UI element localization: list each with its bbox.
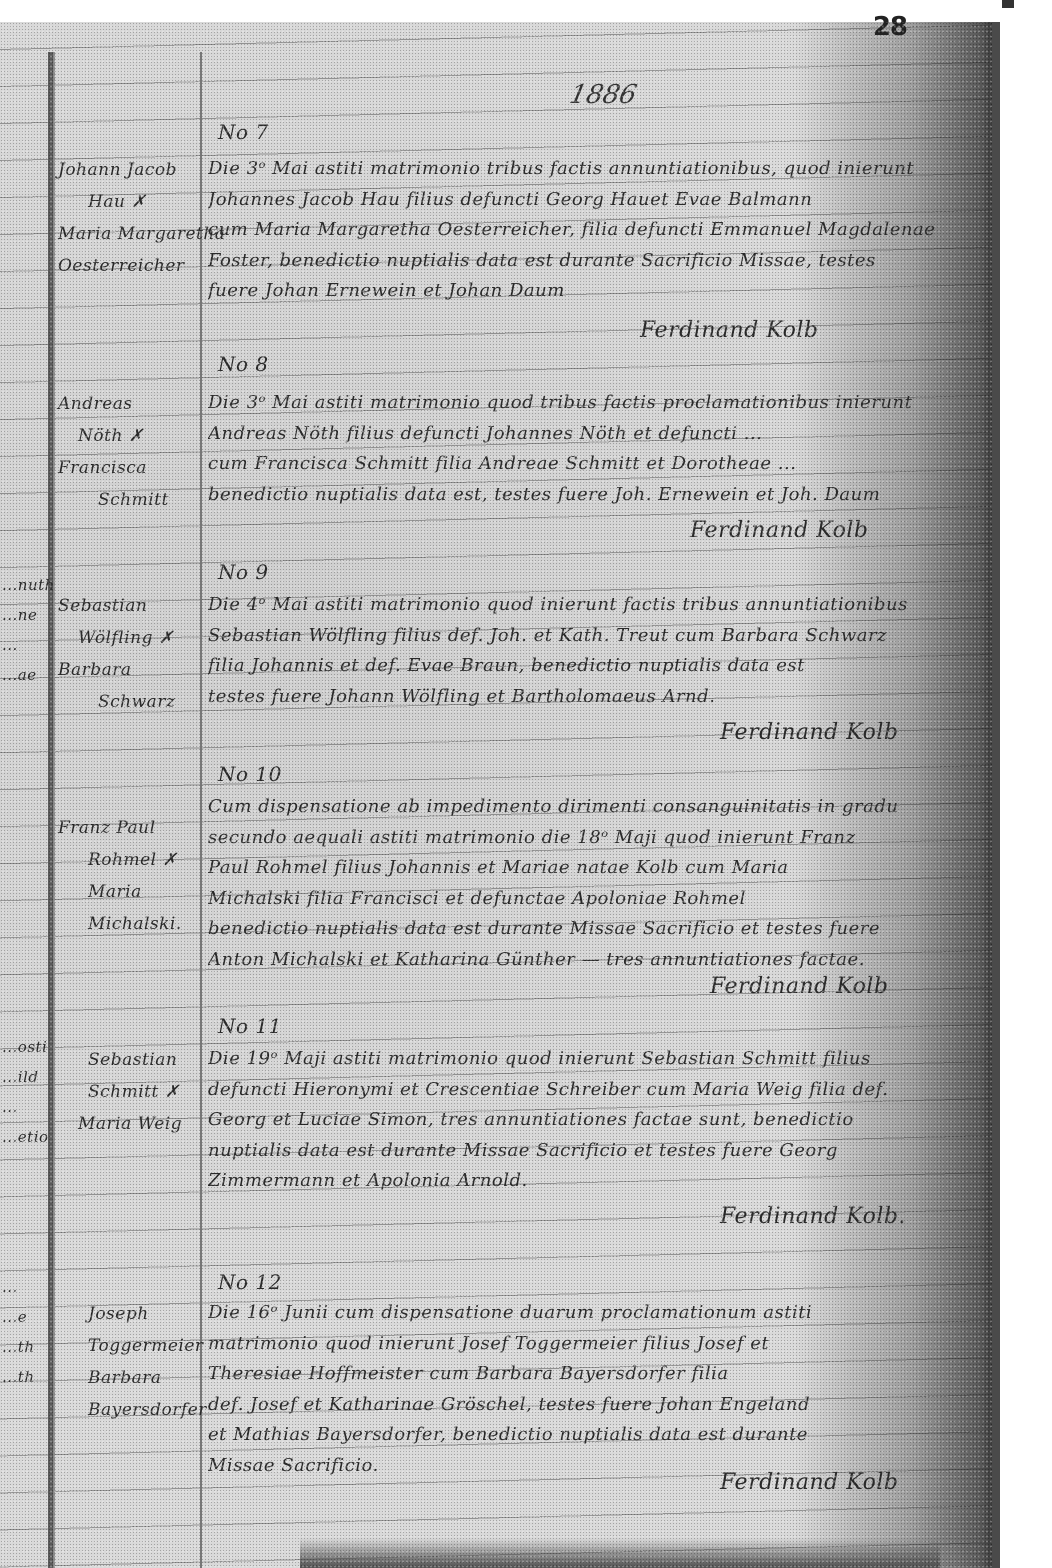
entry-number: No 12 xyxy=(218,1270,282,1294)
entry-text: Die 16ᵒ Junii cum dispensatione duarum p… xyxy=(208,1298,978,1481)
left-margin-fragment: ...nuth ...ne ... ...ae xyxy=(2,570,55,690)
entry-text: Die 19ᵒ Maji astiti matrimonio quod inie… xyxy=(208,1044,978,1197)
priest-signature: Ferdinand Kolb. xyxy=(720,1204,906,1229)
entry-number: No 9 xyxy=(218,560,269,584)
priest-signature: Ferdinand Kolb xyxy=(720,720,898,745)
left-margin-fragment: ...osti ...ild ... ...etio xyxy=(2,1032,49,1152)
page-edge-tab xyxy=(1002,0,1014,8)
entry-text: Die 4ᵒ Mai astiti matrimonio quod inieru… xyxy=(208,590,978,712)
entry-text: Die 3ᵒ Mai astiti matrimonio tribus fact… xyxy=(208,154,978,307)
entry-number: No 10 xyxy=(218,762,282,786)
entry-text: Cum dispensatione ab impedimento dirimen… xyxy=(208,792,978,975)
entry-number: No 11 xyxy=(218,1014,282,1038)
binding-rule xyxy=(48,52,55,1568)
couple-names: Franz Paul Rohmel ✗ Maria Michalski. xyxy=(58,812,203,940)
couple-names: Andreas Nöth ✗ Francisca Schmitt xyxy=(58,388,203,516)
entry-number: No 8 xyxy=(218,352,269,376)
register-year: 1886 xyxy=(567,80,640,110)
priest-signature: Ferdinand Kolb xyxy=(710,974,888,999)
register-page-scan: ...nuth ...ne ... ...ae ...osti ...ild .… xyxy=(0,22,1000,1568)
scan-edge-shadow xyxy=(300,1538,940,1568)
page-number: 28 xyxy=(873,12,907,42)
priest-signature: Ferdinand Kolb xyxy=(720,1470,898,1495)
left-margin-fragment: ... ...e ...th ...th xyxy=(2,1272,35,1392)
entry-number: No 7 xyxy=(218,120,269,144)
couple-names: Johann Jacob Hau ✗ Maria Margaretha Oest… xyxy=(58,154,203,282)
priest-signature: Ferdinand Kolb xyxy=(690,518,868,543)
couple-names: Sebastian Wölfling ✗ Barbara Schwarz xyxy=(58,590,203,718)
couple-names: Joseph Toggermeier Barbara Bayersdorfer xyxy=(58,1298,203,1426)
entry-text: Die 3ᵒ Mai astiti matrimonio quod tribus… xyxy=(208,388,978,510)
couple-names: Sebastian Schmitt ✗ Maria Weig xyxy=(58,1044,203,1140)
priest-signature: Ferdinand Kolb xyxy=(640,318,818,343)
